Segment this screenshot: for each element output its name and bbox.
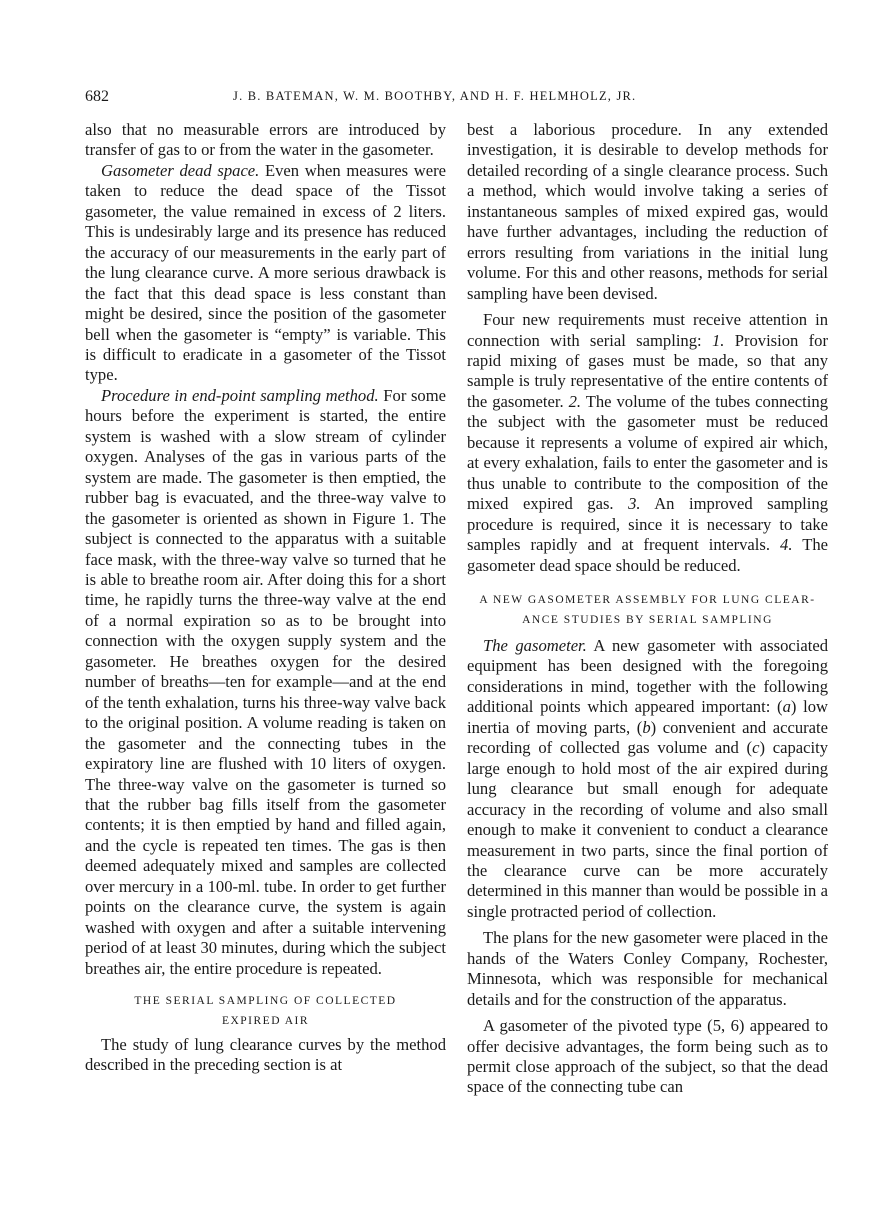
left-column: also that no measurable errors are intro… — [85, 120, 446, 1076]
paragraph: also that no measurable errors are intro… — [85, 120, 446, 161]
paragraph-procedure: Procedure in end-point sampling method. … — [85, 386, 446, 979]
section-heading-new-gasometer: A NEW GASOMETER ASSEMBLY FOR LUNG CLEAR-… — [467, 590, 828, 630]
page-number: 682 — [85, 88, 109, 106]
paragraph: The study of lung clearance curves by th… — [85, 1035, 446, 1076]
paragraph: A gasometer of the pivoted type (5, 6) a… — [467, 1016, 828, 1098]
right-column: best a laborious procedure. In any exten… — [467, 120, 828, 1098]
running-head-authors: J. B. BATEMAN, W. M. BOOTHBY, AND H. F. … — [233, 89, 636, 104]
paragraph-requirements: Four new requirements must receive atten… — [467, 310, 828, 576]
paragraph: The plans for the new gasometer were pla… — [467, 928, 828, 1010]
section-heading-serial-sampling: THE SERIAL SAMPLING OF COLLECTED EXPIRED… — [85, 991, 446, 1031]
paragraph-run-in-title: The gasometer. — [483, 636, 587, 655]
paragraph-the-gasometer: The gasometer. A new gasometer with asso… — [467, 636, 828, 922]
paragraph-run-in-title: Gasometer dead space. — [101, 161, 259, 180]
running-head: 682 J. B. BATEMAN, W. M. BOOTHBY, AND H.… — [85, 88, 830, 108]
paragraph-run-in-title: Procedure in end-point sampling method. — [101, 386, 379, 405]
paragraph-gasometer-dead-space: Gasometer dead space. Even when measures… — [85, 161, 446, 386]
paragraph: best a laborious procedure. In any exten… — [467, 120, 828, 304]
